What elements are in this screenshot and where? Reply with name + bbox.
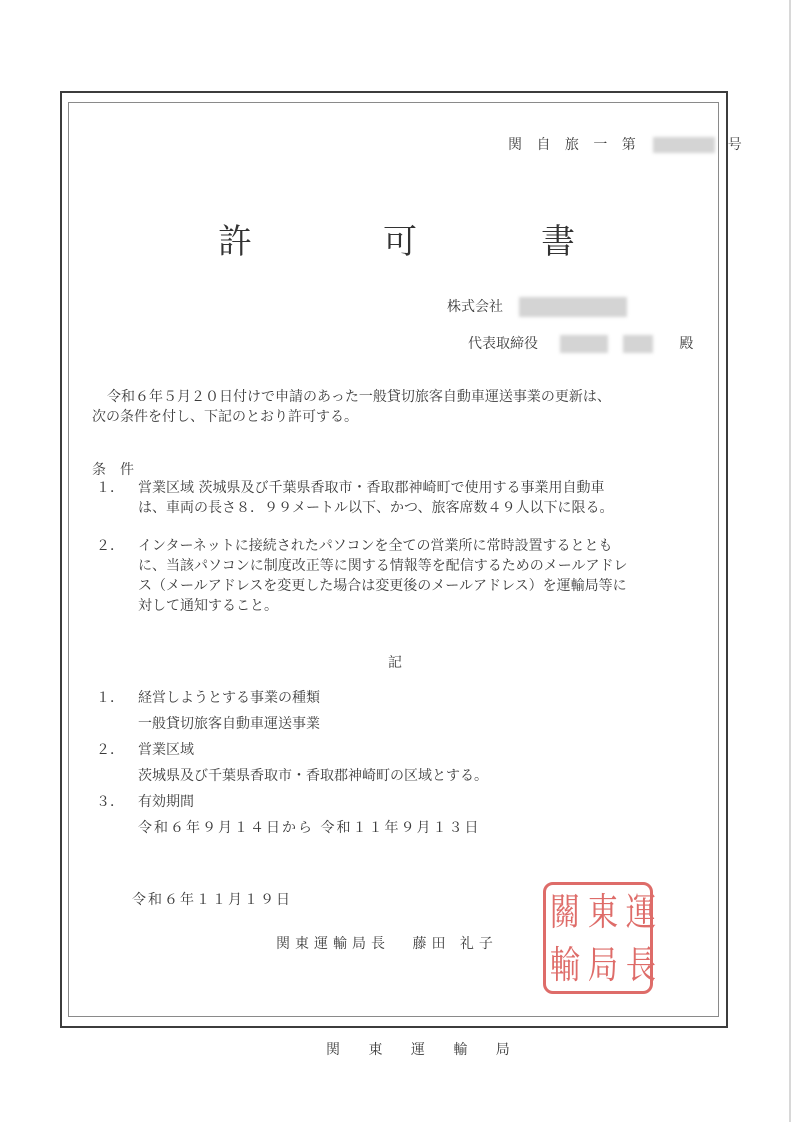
record-3-number: ３． (96, 792, 124, 812)
record-item-2: ２． 営業区域 茨城県及び千葉県香取市・香取郡神崎町の区域とする。 (96, 740, 706, 790)
official-seal-stamp: 關 東 運 輸 局 長 (543, 882, 653, 994)
intro-line-2: 次の条件を付し、下記のとおり許可する。 (92, 407, 358, 427)
seal-char: 關 (550, 893, 580, 931)
record-heading: 記 (388, 653, 402, 673)
seal-char: 運 (626, 893, 656, 931)
condition-2-line-3: ス（メールアドレスを変更した場合は変更後のメールアドレス）を運輸局等に (138, 576, 627, 596)
record-item-1: １． 経営しようとする事業の種類 一般貸切旅客自動車運送事業 (96, 688, 706, 738)
issuer-title: 関東運輸局長 (276, 936, 390, 952)
conditions-heading: 条 件 (92, 460, 134, 480)
title-char-2: 可 (383, 214, 417, 263)
issuer-name: 藤田 礼子 (412, 936, 497, 952)
condition-1-line-1: 営業区域 茨城県及び千葉県香取市・香取郡神崎町で使用する事業用自動車 (138, 478, 604, 498)
record-2-number: ２． (96, 740, 124, 760)
record-2-label: 営業区域 (138, 740, 194, 760)
record-3-label: 有効期間 (138, 792, 194, 812)
permit-number-suffix: 号 (728, 137, 742, 153)
condition-item-2: ２． インターネットに接続されたパソコンを全ての営業所に常時設置するととも に、… (96, 536, 706, 618)
condition-2-line-1: インターネットに接続されたパソコンを全ての営業所に常時設置するととも (138, 536, 612, 556)
record-2-value: 茨城県及び千葉県香取市・香取郡神崎町の区域とする。 (138, 766, 488, 786)
seal-char: 長 (626, 946, 656, 984)
seal-char: 東 (588, 893, 618, 931)
condition-1-number: １． (96, 478, 124, 498)
issuer: 関東運輸局長 藤田 礼子 (276, 934, 498, 954)
seal-char: 輸 (550, 946, 580, 984)
footer-issuer-office: 関 東 運 輸 局 (326, 1040, 522, 1060)
representative-name-redacted-1 (560, 335, 608, 353)
title-char-1: 許 (218, 214, 252, 263)
record-item-3: ３． 有効期間 令和６年９月１４日から 令和１１年９月１３日 (96, 792, 706, 842)
record-3-value: 令和６年９月１４日から 令和１１年９月１３日 (138, 818, 480, 838)
scan-edge-artifact (789, 0, 791, 1122)
condition-2-line-4: 対して通知すること。 (138, 596, 278, 616)
permit-number-prefix: 関 自 旅 一 第 (508, 137, 641, 153)
representative-label: 代表取締役 (468, 336, 538, 352)
condition-1-line-2: は、車両の長さ８．９９メートル以下、かつ、旅客席数４９人以下に限る。 (138, 498, 613, 518)
record-1-value: 一般貸切旅客自動車運送事業 (138, 714, 320, 734)
condition-item-1: １． 営業区域 茨城県及び千葉県香取市・香取郡神崎町で使用する事業用自動車 は、… (96, 478, 706, 520)
condition-2-line-2: に、当該パソコンに制度改正等に関する情報等を配信するためのメールアドレ (138, 556, 627, 576)
representative-name-redacted-2 (623, 335, 653, 353)
honorific: 殿 (679, 336, 693, 352)
company-name-redacted (519, 297, 627, 317)
record-1-number: １． (96, 688, 124, 708)
condition-2-number: ２． (96, 536, 124, 556)
record-1-label: 経営しようとする事業の種類 (138, 688, 320, 708)
recipient-company: 株式会社 (447, 297, 627, 317)
intro-line-1: 令和６年５月２０日付けで申請のあった一般貸切旅客自動車運送事業の更新は、 (107, 387, 611, 407)
issue-date: 令和６年１１月１９日 (132, 890, 292, 910)
company-label: 株式会社 (447, 299, 503, 315)
permit-number: 関 自 旅 一 第 号 (508, 135, 742, 155)
seal-char: 局 (588, 946, 618, 984)
title-char-3: 書 (541, 214, 575, 263)
recipient-representative: 代表取締役 殿 (468, 334, 693, 354)
permit-number-redacted (653, 137, 715, 153)
